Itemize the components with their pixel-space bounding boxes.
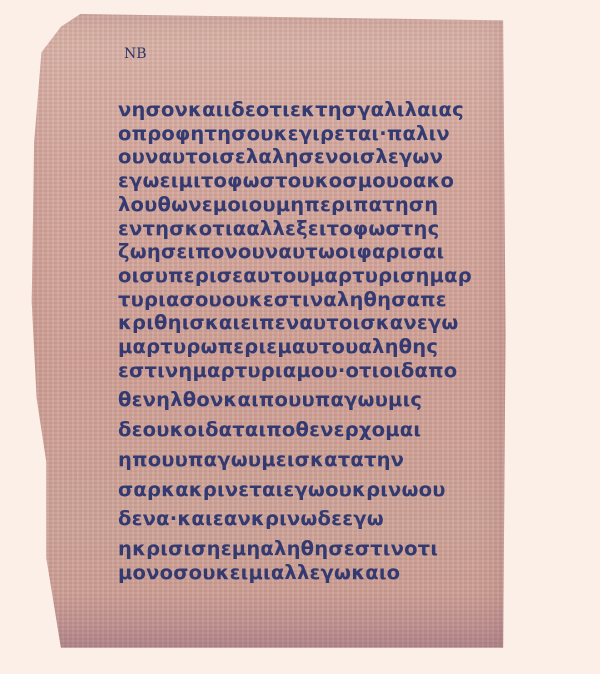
text-line: ΝΗΣΟΝΚΑΙΙΔΕΟΤΙΕΚΤΗΣΓΑΛΙΛΑΙΑΣ <box>118 98 573 122</box>
text-line: ΕΝΤΗΣΚΟΤΙΑΑΛΛΕΞΕΙΤΟΦΩΣΤΗΣ <box>118 217 573 241</box>
text-line: ΟΙΣΥΠΕΡΙΣΕΑΥΤΟΥΜΑΡΤΥΡΙΣΗΜΑΡ <box>118 264 573 288</box>
text-line: ΚΡΙΘΗΙΣΚΑΙΕΙΠΕΝΑΥΤΟΙΣΚΑΝΕΓΩ <box>118 311 573 335</box>
text-line: ΕΣΤΙΝΗΜΑΡΤΥΡΙΑΜΟΥ·ΟΤΙΟΙΔΑΠΟ <box>118 359 573 383</box>
text-line: ΛΟΥΘΩΝΕΜΟΙΟΥΜΗΠΕΡΙΠΑΤΗΣΗ <box>118 193 573 217</box>
text-line: ΗΚΡΙΣΙΣΗΕΜΗΑΛΗΘΗΣΕΣΤΙΝΟΤΙ <box>118 537 573 561</box>
text-line: ΣΑΡΚΑΚΡΙΝΕΤΑΙΕΓΩΟΥΚΡΙΝΩΟΥ <box>118 478 573 502</box>
folio-number: ΝΒ <box>124 46 147 62</box>
text-line: ΕΓΩΕΙΜΙΤΟΦΩΣΤΟΥΚΟΣΜΟΥΟΑΚΟ <box>118 169 573 193</box>
text-line: ΟΠΡΟΦΗΤΗΣΟΥΚΕΓΙΡΕΤΑΙ·ΠΑΛΙΝ <box>118 122 573 146</box>
text-line: ΜΟΝΟΣΟΥΚΕΙΜΙΑΛΛΕΓΩΚΑΙΟ <box>118 561 573 585</box>
text-line: ΔΕΟΥΚΟΙΔΑΤΑΙΠΟΘΕΝΕΡΧΟΜΑΙ <box>118 418 573 442</box>
text-line: ΖΩΗΣΕΙΠΟΝΟΥΝΑΥΤΩΟΙΦΑΡΙΣΑΙ <box>118 240 573 264</box>
text-line: ΔΕΝΑ·ΚΑΙΕΑΝΚΡΙΝΩΔΕΕΓΩ <box>118 507 573 531</box>
text-line: ΜΑΡΤΥΡΩΠΕΡΙΕΜΑΥΤΟΥΑΛΗΘΗΣ <box>118 335 573 359</box>
text-line: ΗΠΟΥΥΠΑΓΩΥΜΕΙΣΚΑΤΑΤΗΝ <box>118 448 573 472</box>
text-line: ΘΕΝΗΛΘΟΝΚΑΙΠΟΥΥΠΑΓΩΥΜΙΣ <box>118 388 573 412</box>
text-line: ΟΥΝΑΥΤΟΙΣΕΛΑΛΗΣΕΝΟΙΣΛΕΓΩΝ <box>118 145 573 169</box>
manuscript-text: ΝΗΣΟΝΚΑΙΙΔΕΟΤΙΕΚΤΗΣΓΑΛΙΛΑΙΑΣ ΟΠΡΟΦΗΤΗΣΟΥ… <box>118 98 573 584</box>
text-line: ΤΥΡΙΑΣΟΥΟΥΚΕΣΤΙΝΑΛΗΘΗΣΑΠΕ <box>118 288 573 312</box>
